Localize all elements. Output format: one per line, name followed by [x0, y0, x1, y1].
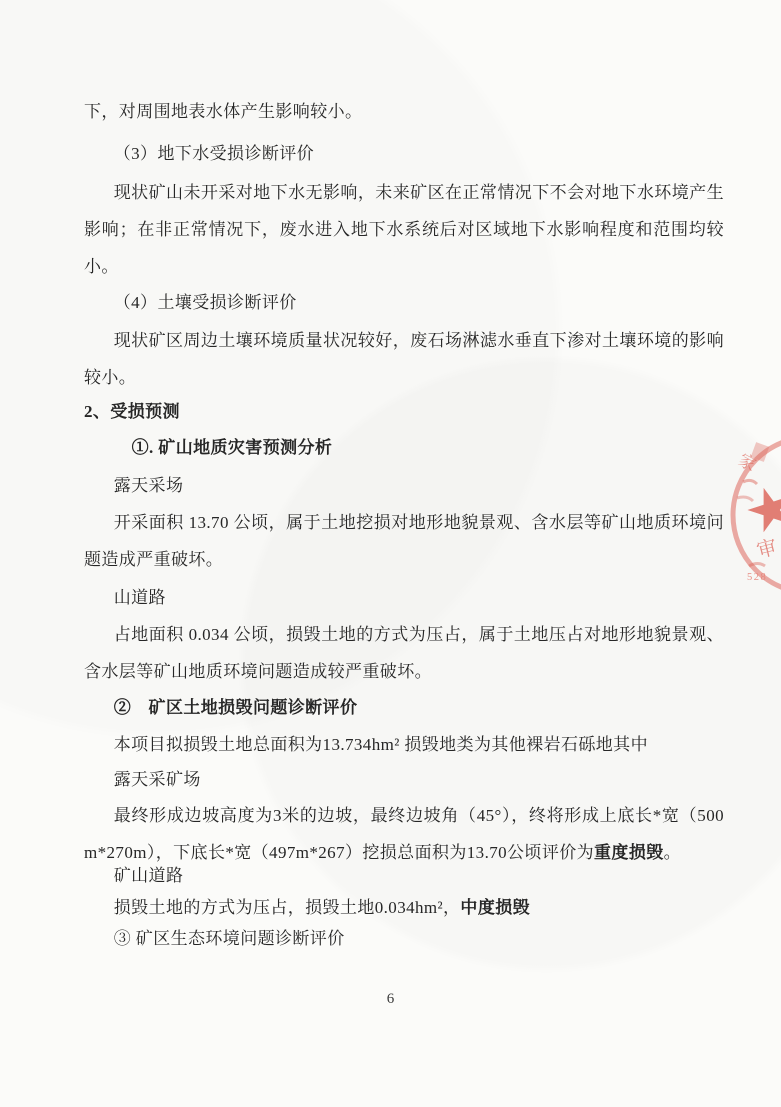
paragraph-surface-water-continuation: 下，对周围地表水体产生影响较小。: [84, 93, 724, 130]
stamp-mark: [751, 442, 770, 462]
stamp-ring: [733, 437, 781, 593]
paragraph-mining-area: 开采面积 13.70 公顷，属于土地挖损对地形地貌景观、含水层等矿山地质环境问题…: [84, 504, 724, 578]
stamp-digits: 528: [747, 572, 767, 583]
heading-geological-hazard-prediction: ①. 矿山地质灾害预测分析: [84, 429, 724, 466]
stamp-star-icon: ★: [736, 470, 781, 548]
stamp-char-top: 家: [735, 450, 759, 475]
stamp-mark: [743, 480, 757, 484]
paragraph-soil-impact: 现状矿区周边土壤环境质量状况较好，废石场淋滤水垂直下渗对土壤环境的影响较小。: [84, 322, 724, 396]
paragraph-total-destroyed-land: 本项目拟损毁土地总面积为13.734hm² 损毁地类为其他裸岩石砾地其中: [84, 726, 724, 763]
moderate-damage-label: 中度损毁: [460, 898, 530, 917]
page-number: 6: [0, 991, 781, 1008]
subheading-open-pit-mine: 露天采矿场: [84, 761, 724, 798]
subheading-open-pit: 露天采场: [84, 467, 724, 504]
paragraph-text: 损毁土地的方式为压占，损毁土地0.034hm²，: [114, 898, 461, 917]
subheading-mountain-road: 山道路: [84, 579, 724, 616]
paragraph-groundwater-impact: 现状矿山未开采对地下水无影响，未来矿区在正常情况下不会对地下水环境产生影响；在非…: [84, 174, 724, 285]
heading-land-destruction-evaluation: ② 矿区土地损毁问题诊断评价: [84, 689, 724, 726]
paragraph-road-occupation: 占地面积 0.034 公顷，损毁土地的方式为压占，属于土地压占对地形地貌景观、含…: [84, 616, 724, 690]
document-page: 下，对周围地表水体产生影响较小。 （3）地下水受损诊断评价 现状矿山未开采对地下…: [0, 0, 781, 1107]
heading-ecological-environment-evaluation: ③ 矿区生态环境问题诊断评价: [84, 920, 724, 957]
heading-soil-damage-evaluation: （4）土壤受损诊断评价: [84, 284, 724, 321]
heading-groundwater-damage-evaluation: （3）地下水受损诊断评价: [84, 135, 724, 172]
stamp-char-mid: 审: [754, 535, 779, 562]
heading-damage-prediction: 2、受损预测: [84, 393, 724, 430]
stamp-mark: [749, 564, 765, 567]
stamp-mark: [737, 497, 753, 501]
official-stamp: ★ 家 审 528: [723, 420, 781, 605]
